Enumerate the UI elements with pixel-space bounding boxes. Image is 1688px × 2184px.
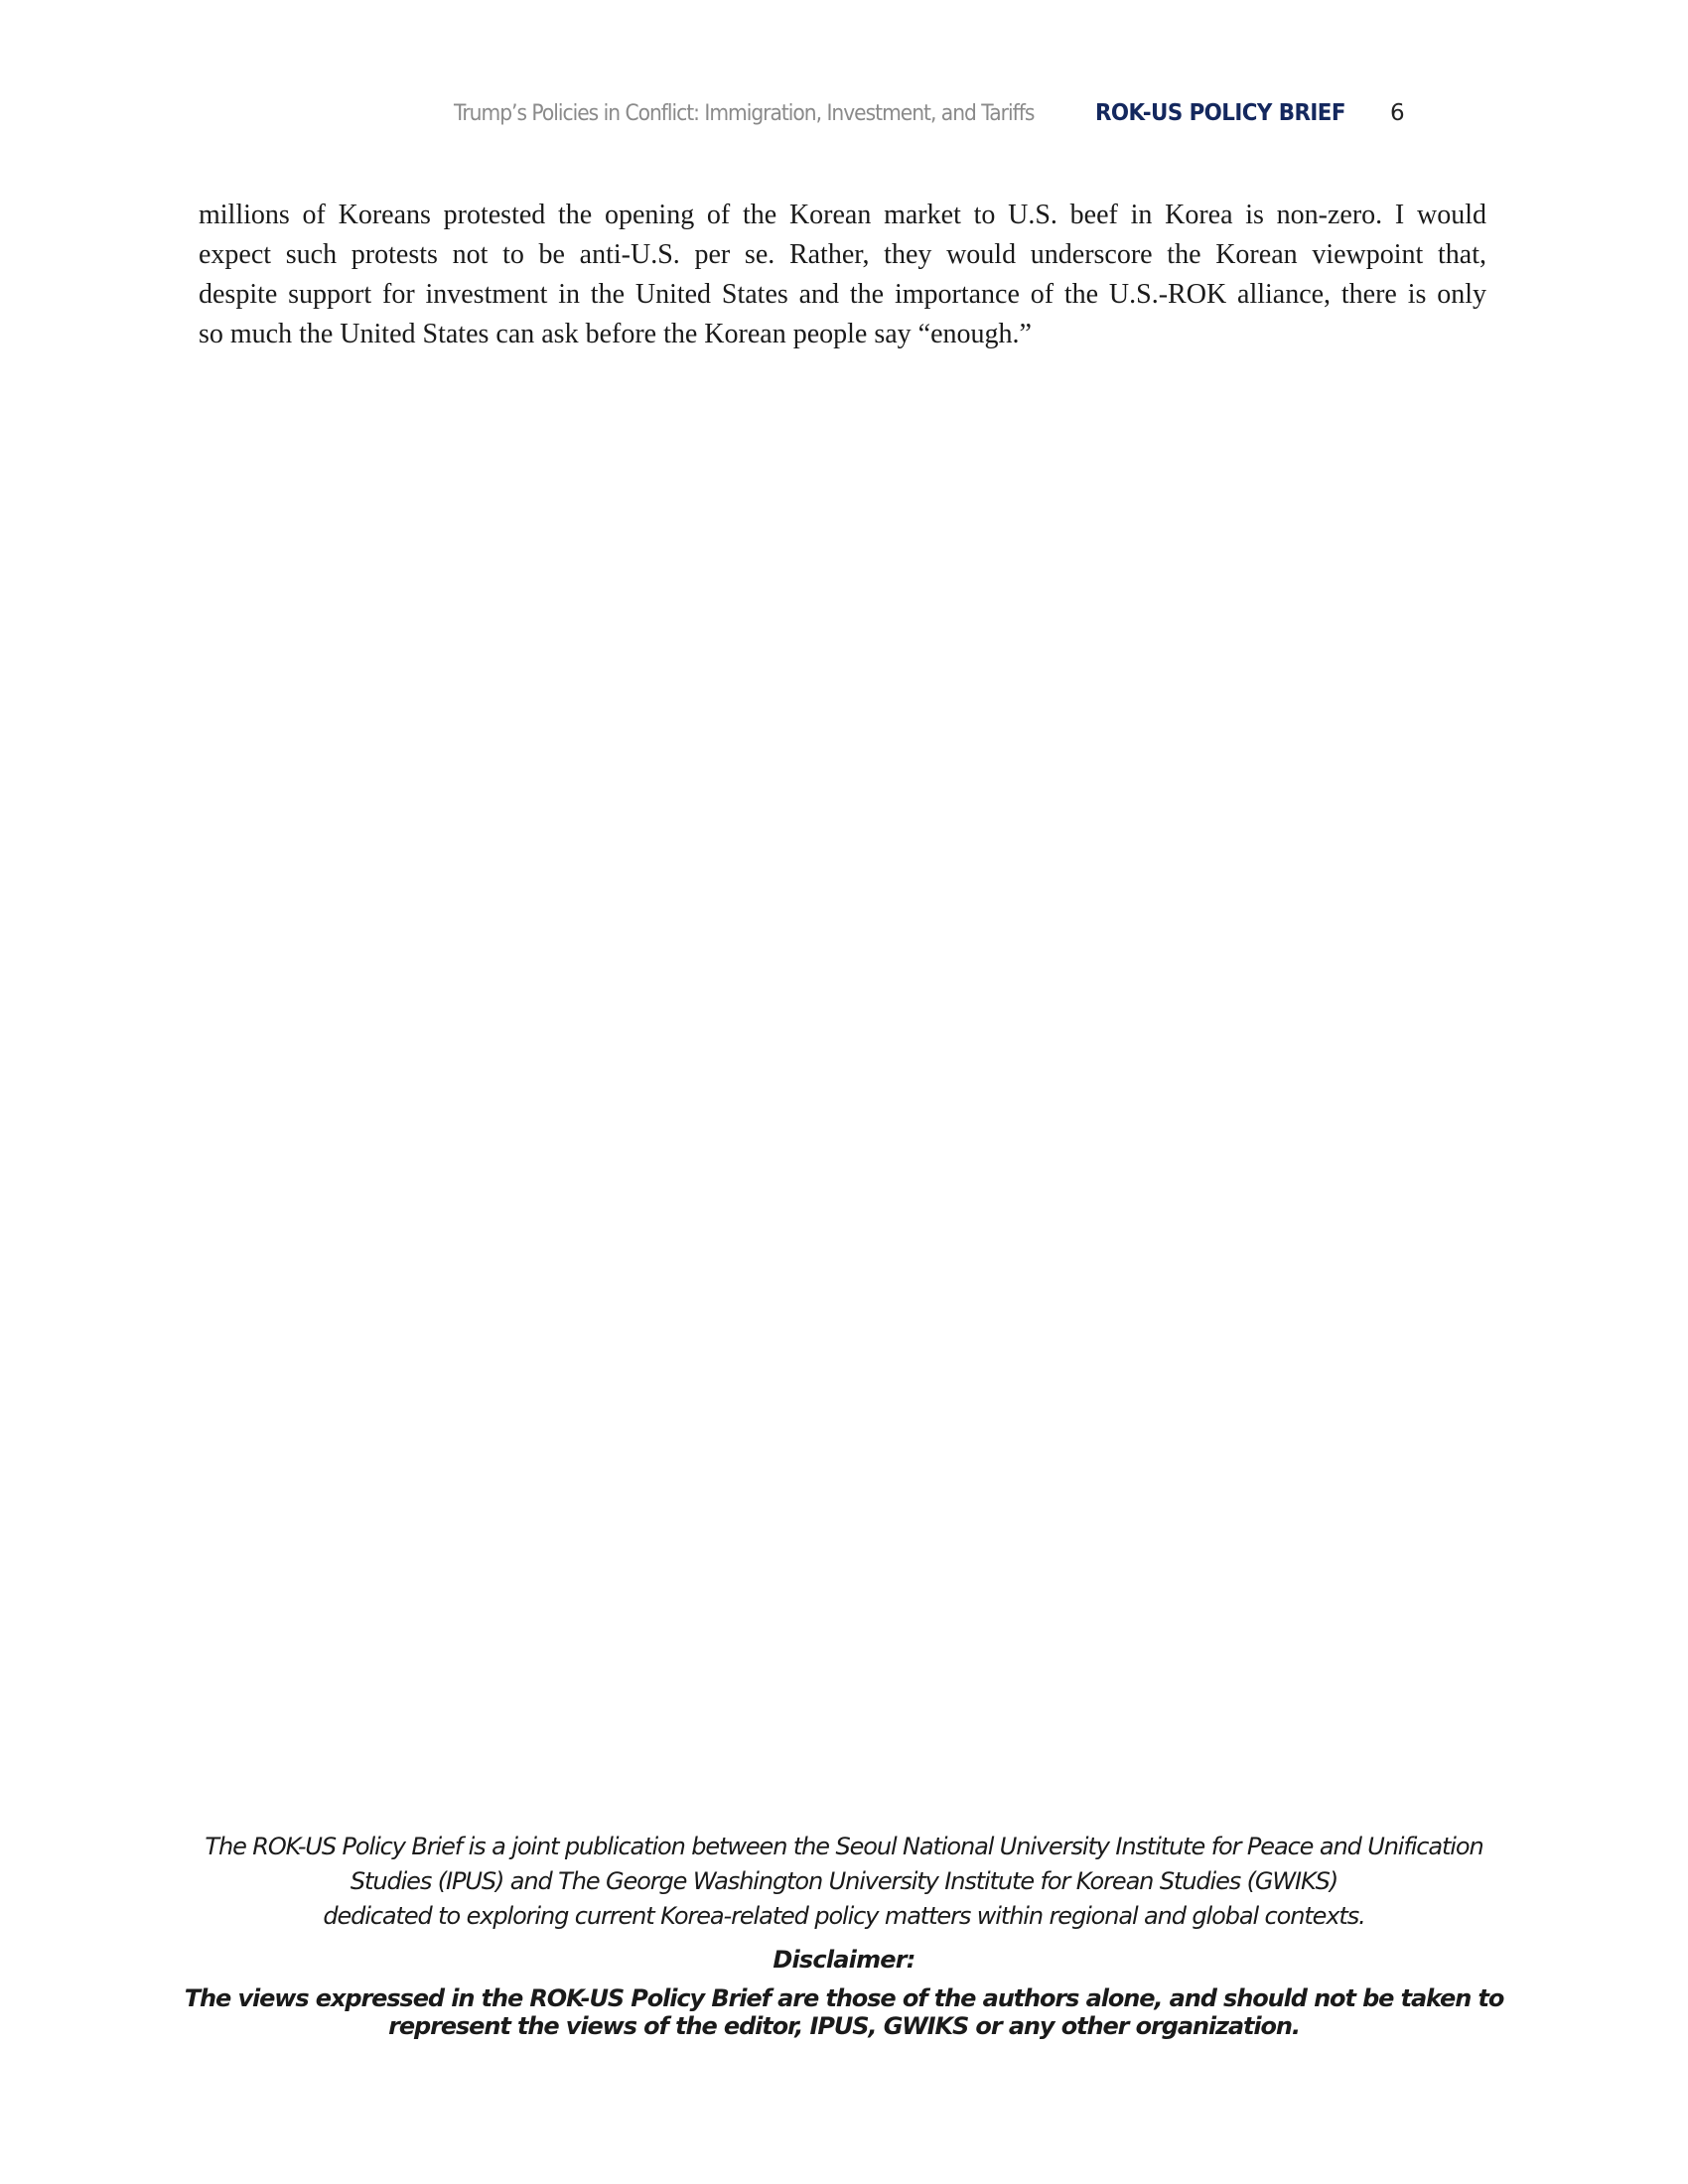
body-line: millions of Koreans protested the openin… — [199, 196, 1486, 235]
disclaimer-line: The views expressed in the ROK-US Policy… — [0, 1984, 1688, 2012]
body-paragraph: millions of Koreans protested the openin… — [199, 196, 1486, 354]
body-line: despite support for investment in the Un… — [199, 275, 1486, 315]
description-line: Studies (IPUS) and The George Washington… — [0, 1864, 1688, 1899]
body-line: expect such protests not to be anti-U.S.… — [199, 235, 1486, 275]
disclaimer-heading: Disclaimer: — [0, 1942, 1688, 1978]
running-title: Trump’s Policies in Conflict: Immigratio… — [454, 101, 1034, 126]
description-line: The ROK-US Policy Brief is a joint publi… — [0, 1830, 1688, 1864]
disclaimer-line: represent the views of the editor, IPUS,… — [0, 2012, 1688, 2040]
disclaimer-text: The views expressed in the ROK-US Policy… — [0, 1984, 1688, 2040]
body-line: so much the United States can ask before… — [199, 315, 1486, 354]
page-number: 6 — [1390, 100, 1405, 126]
document-page: Trump’s Policies in Conflict: Immigratio… — [0, 0, 1688, 2184]
publication-brand: ROK-US POLICY BRIEF — [1095, 100, 1345, 126]
publication-description: The ROK-US Policy Brief is a joint publi… — [0, 1830, 1688, 1934]
description-line: dedicated to exploring current Korea-rel… — [0, 1899, 1688, 1934]
page-footer: The ROK-US Policy Brief is a joint publi… — [0, 1830, 1688, 2040]
